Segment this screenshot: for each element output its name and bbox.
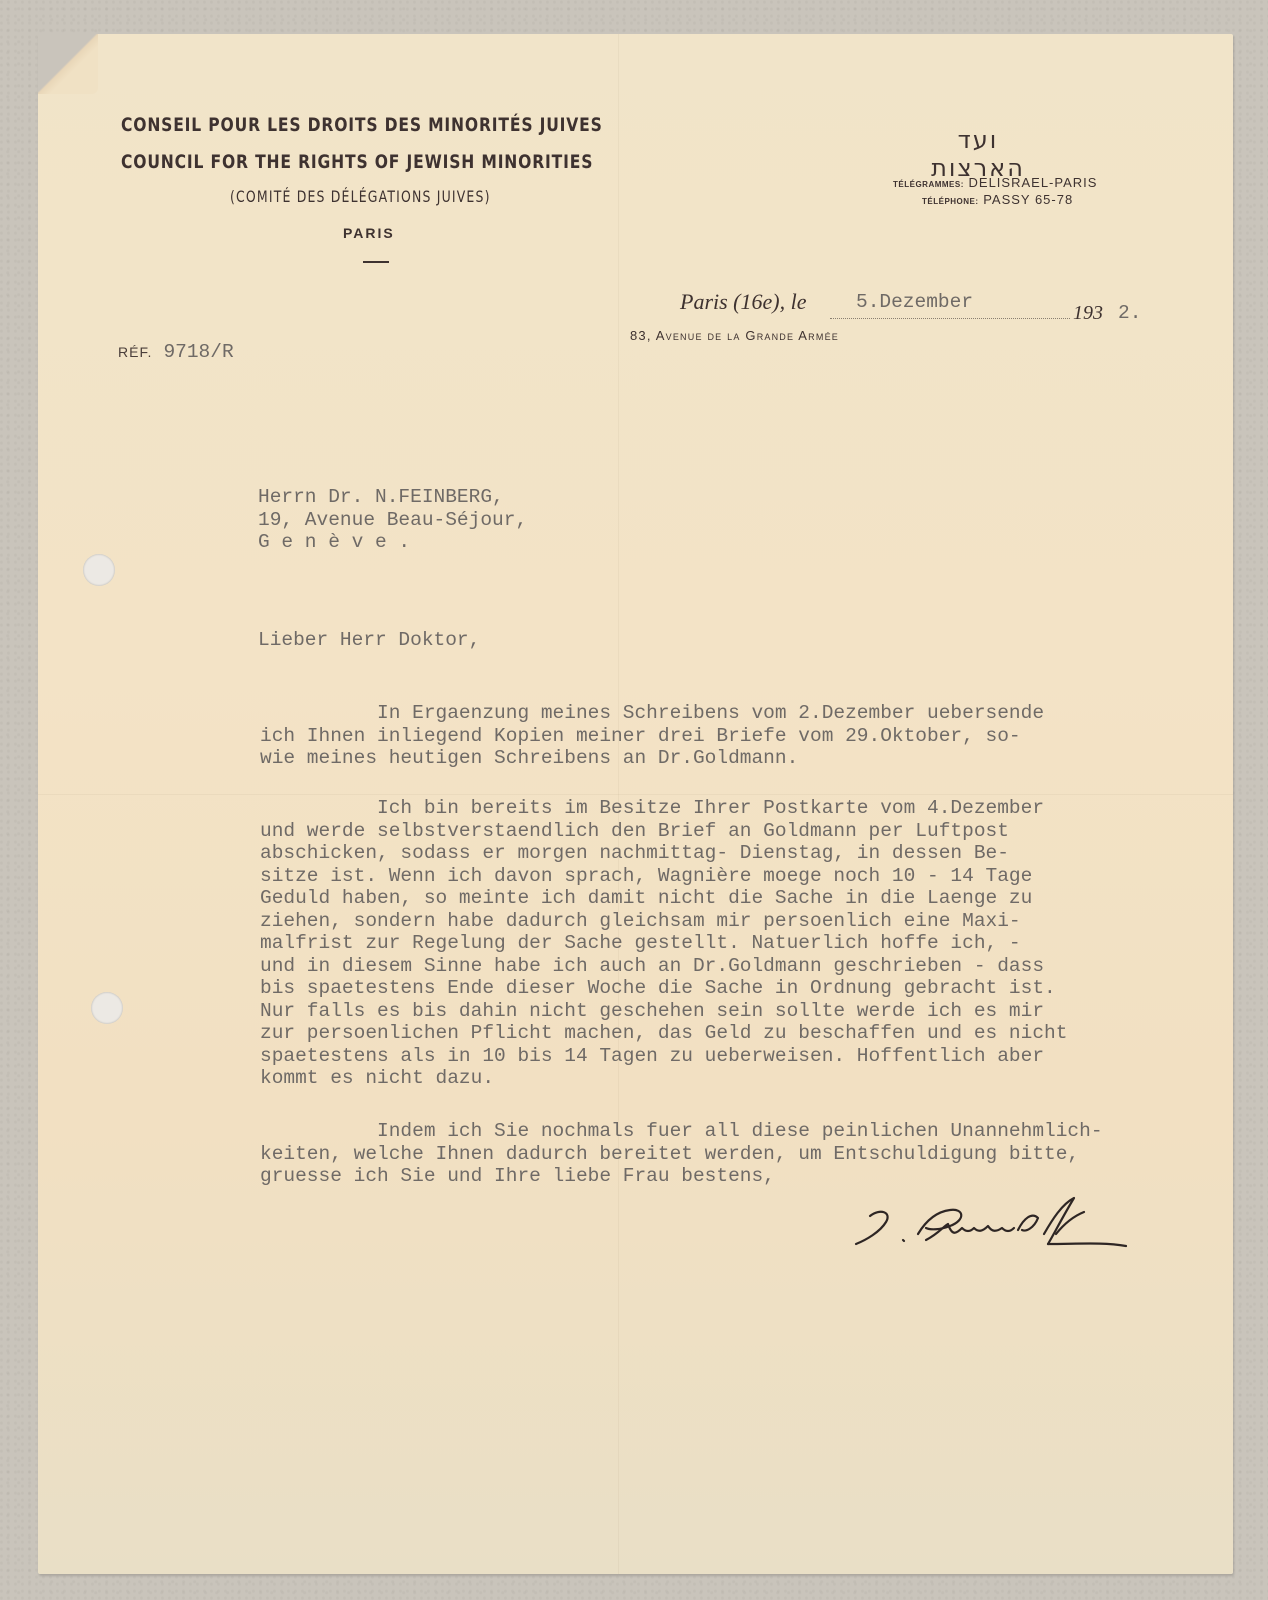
- reference-label: RÉF.: [118, 344, 152, 360]
- telegram-line: TÉLÉGRAMMES: DELISRAEL-PARIS: [893, 175, 1097, 190]
- body-line: und in diesem Sinne habe ich auch an Dr.…: [260, 955, 1067, 978]
- punch-hole-bottom: [91, 992, 123, 1024]
- recipient-line: G e n è v e .: [258, 531, 527, 554]
- year-prefix: 193: [1073, 302, 1103, 325]
- body-line: abschicken, sodass er morgen nachmittag-…: [260, 842, 1067, 865]
- reference: RÉF. 9718/R: [118, 341, 234, 363]
- org-city: PARIS: [343, 225, 395, 241]
- dateline-place: Paris (16e), le: [680, 289, 806, 315]
- recipient-line: 19, Avenue Beau-Séjour,: [258, 509, 527, 532]
- paragraph-1: In Ergaenzung meines Schreibens vom 2.De…: [260, 702, 1044, 770]
- letter-date: 5.Dezember: [856, 291, 973, 313]
- org-subtitle: (COMITÉ DES DÉLÉGATIONS JUIVES): [230, 187, 491, 206]
- punch-hole-top: [83, 554, 115, 586]
- telegram-value: DELISRAEL-PARIS: [969, 175, 1098, 190]
- org-name-french: CONSEIL POUR LES DROITS DES MINORITÉS JU…: [121, 114, 603, 136]
- body-line: ziehen, sondern habe dadurch gleichsam m…: [260, 910, 1067, 933]
- telegram-label: TÉLÉGRAMMES:: [893, 180, 964, 189]
- paragraph-3: Indem ich Sie nochmals fuer all diese pe…: [260, 1120, 1103, 1188]
- phone-label: TÉLÉPHONE:: [922, 197, 979, 206]
- body-line: spaetestens als in 10 bis 14 Tagen zu ue…: [260, 1045, 1067, 1068]
- org-name-english: COUNCIL FOR THE RIGHTS OF JEWISH MINORIT…: [121, 151, 593, 173]
- year-suffix: 2.: [1118, 302, 1141, 324]
- body-line: keiten, welche Ihnen dadurch bereitet we…: [260, 1143, 1103, 1166]
- body-line: kommt es nicht dazu.: [260, 1067, 1067, 1090]
- sender-address: 83, Avenue de la Grande Armée: [630, 328, 839, 343]
- recipient-line: Herrn Dr. N.FEINBERG,: [258, 486, 527, 509]
- phone-line: TÉLÉPHONE: PASSY 65-78: [922, 192, 1073, 207]
- hebrew-org-name: ועד הארצות: [923, 126, 1033, 182]
- body-line: Indem ich Sie nochmals fuer all diese pe…: [260, 1120, 1103, 1143]
- body-line: bis spaetestens Ende dieser Woche die Sa…: [260, 977, 1067, 1000]
- handwritten-signature: [848, 1194, 1128, 1254]
- phone-value: PASSY 65-78: [983, 192, 1073, 207]
- letterhead-divider: [363, 261, 389, 263]
- body-line: ich Ihnen inliegend Kopien meiner drei B…: [260, 725, 1044, 748]
- paragraph-2: Ich bin bereits im Besitze Ihrer Postkar…: [260, 797, 1067, 1090]
- letter-page: CONSEIL POUR LES DROITS DES MINORITÉS JU…: [38, 34, 1233, 1574]
- body-line: Ich bin bereits im Besitze Ihrer Postkar…: [260, 797, 1067, 820]
- body-line: sitze ist. Wenn ich davon sprach, Wagniè…: [260, 865, 1067, 888]
- body-line: wie meines heutigen Schreibens an Dr.Gol…: [260, 747, 1044, 770]
- body-line: Nur falls es bis dahin nicht geschehen s…: [260, 1000, 1067, 1023]
- body-line: In Ergaenzung meines Schreibens vom 2.De…: [260, 702, 1044, 725]
- date-dotted-line: [830, 317, 1070, 319]
- reference-number: 9718/R: [163, 341, 233, 363]
- body-line: gruesse ich Sie und Ihre liebe Frau best…: [260, 1165, 1103, 1188]
- signature-icon: [848, 1194, 1128, 1254]
- body-line: zur persoenlichen Pflicht machen, das Ge…: [260, 1022, 1067, 1045]
- paper-fold-horizontal: [38, 794, 1233, 795]
- salutation: Lieber Herr Doktor,: [258, 629, 480, 651]
- recipient-block: Herrn Dr. N.FEINBERG, 19, Avenue Beau-Sé…: [258, 486, 527, 554]
- body-line: malfrist zur Regelung der Sache gestellt…: [260, 932, 1067, 955]
- body-line: Geduld haben, so meinte ich damit nicht …: [260, 887, 1067, 910]
- body-line: und werde selbstverstaendlich den Brief …: [260, 820, 1067, 843]
